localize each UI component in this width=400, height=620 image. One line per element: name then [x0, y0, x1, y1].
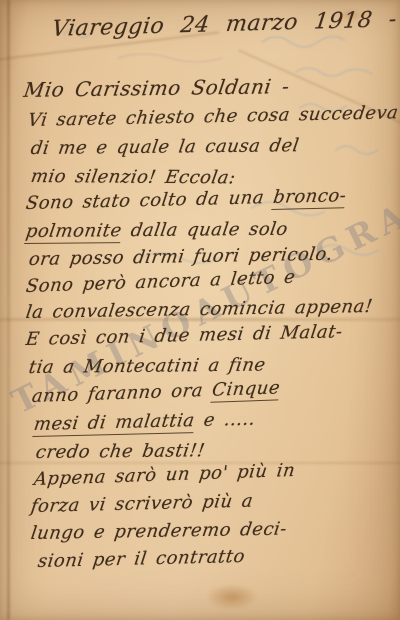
letter-photo: TAMINOAUTOGRAPHS Viareggio 24 marzo 1918… [0, 0, 400, 620]
text: e ..... [193, 409, 257, 432]
letter-line: di me e quale la causa del [29, 135, 300, 159]
salutation: Mio Carissimo Soldani - [22, 74, 291, 102]
underlined-text: bronco- [272, 185, 348, 210]
underlined-text: mesi di malattia [32, 410, 196, 437]
text: tia a Montecatini a fine [27, 355, 267, 379]
letter-line: mio silenzio! Eccola: [29, 166, 237, 188]
letter-line: credo che basti!! [34, 440, 206, 463]
letter-line: tia a Montecatini a fine [27, 355, 267, 379]
text: credo che basti!! [34, 440, 206, 463]
text: dalla quale solo [120, 219, 289, 241]
underlined-text: Cinque [211, 377, 282, 402]
text: mio silenzio! Eccola: [29, 166, 237, 188]
underlined-text: polmonite [24, 220, 123, 244]
letter-line: polmonite dalla quale solo [24, 219, 289, 242]
text: di me e quale la causa del [29, 135, 300, 159]
